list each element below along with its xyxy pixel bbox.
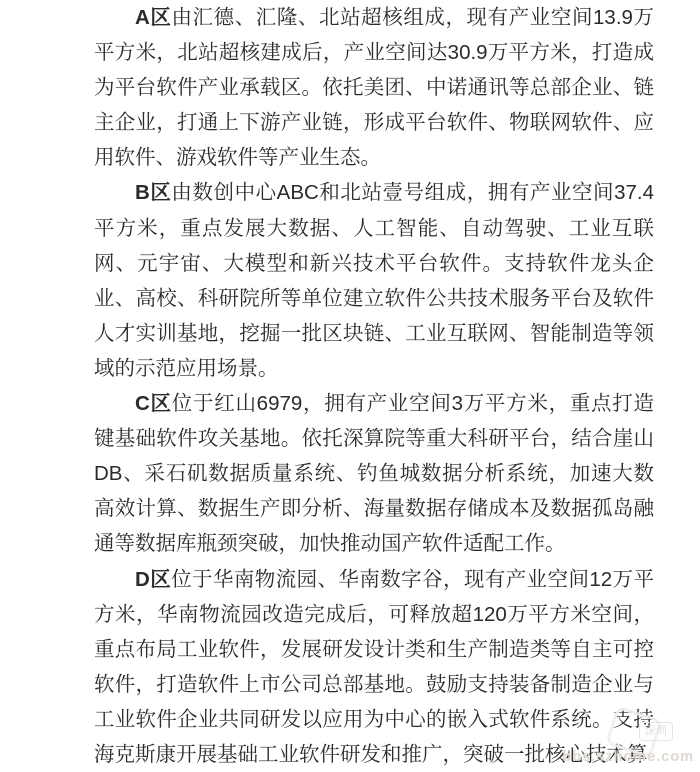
document-page: A区由汇德、汇隆、北站超核组成，现有产业空间13.9万 平方米，北站超核建成后，… (0, 0, 700, 772)
text-line: 业、高校、科研院所等单位建立软件公共技术服务平台及软件 (94, 281, 654, 316)
text-line: 为平台软件产业承载区。依托美团、中诺通讯等总部企业、链 (94, 70, 654, 105)
text-line: 工业软件企业共同研发以应用为中心的嵌入式软件系统。支持 (94, 702, 654, 737)
text-line: 软件，打造软件上市公司总部基地。鼓励支持装备制造企业与 (94, 667, 654, 702)
zone-b-label: B区 (135, 181, 171, 204)
zone-c-label: C区 (135, 392, 172, 415)
text-line: 域的示范应用场景。 (94, 351, 654, 386)
line-text: 由数创中心ABC和北站壹号组成，拥有产业空间37.4万 (94, 181, 654, 210)
text-line: 用软件、游戏软件等产业生态。 (94, 140, 654, 175)
zone-d-label: D区 (135, 568, 171, 591)
text-line: C区位于红山6979，拥有产业空间3万平方米，重点打造关 (94, 386, 654, 421)
paragraph-zone-d: D区位于华南物流园、华南数字谷，现有产业空间12万平 方米，华南物流园改造完成后… (94, 562, 654, 772)
line-text: 由汇德、汇隆、北站超核组成，现有产业空间13.9万 (171, 6, 654, 29)
text-line: 高效计算、数据生产即分析、海量数据存储成本及数据孤岛融 (94, 491, 654, 526)
text-line: 重点布局工业软件，发展研发设计类和生产制造类等自主可控 (94, 632, 654, 667)
paragraph-zone-b: B区由数创中心ABC和北站壹号组成，拥有产业空间37.4万 平方米，重点发展大数… (94, 175, 654, 386)
text-line: A区由汇德、汇隆、北站超核组成，现有产业空间13.9万 (94, 0, 654, 35)
document-text-block: A区由汇德、汇隆、北站超核组成，现有产业空间13.9万 平方米，北站超核建成后，… (94, 0, 654, 772)
text-line: D区位于华南物流园、华南数字谷，现有产业空间12万平 (94, 562, 654, 597)
text-line: 方米，华南物流园改造完成后，可释放超120万平方米空间， (94, 597, 654, 632)
line-text: 位于华南物流园、华南数字谷，现有产业空间12万平 (171, 568, 654, 591)
text-line: DB、采石矶数据质量系统、钓鱼城数据分析系统，加速大数据 (94, 456, 654, 491)
paragraph-zone-c: C区位于红山6979，拥有产业空间3万平方米，重点打造关 键基础软件攻关基地。依… (94, 386, 654, 561)
line-text: 位于红山6979，拥有产业空间3万平方米，重点打造关 (94, 392, 654, 421)
text-line: 人才实训基地，挖掘一批区块链、工业互联网、智能制造等领 (94, 316, 654, 351)
text-line: 网、元宇宙、大模型和新兴技术平台软件。支持软件龙头企 (94, 246, 654, 281)
text-line: 主企业，打通上下游产业链，形成平台软件、物联网软件、应 (94, 105, 654, 140)
text-line: 平方米，北站超核建成后，产业空间达30.9万平方米，打造成 (94, 35, 654, 70)
text-line: 平方米，重点发展大数据、人工智能、自动驾驶、工业互联 (94, 211, 654, 246)
text-line: 通等数据库瓶颈突破，加快推动国产软件适配工作。 (94, 526, 654, 561)
text-line: 键基础软件攻关基地。依托深算院等重大科研平台，结合崖山 (94, 421, 654, 456)
zone-a-label: A区 (135, 6, 171, 29)
text-line: B区由数创中心ABC和北站壹号组成，拥有产业空间37.4万 (94, 175, 654, 210)
text-line: 海克斯康开展基础工业软件研发和推广，突破一批核心技术算 (94, 737, 654, 772)
paragraph-zone-a: A区由汇德、汇隆、北站超核组成，现有产业空间13.9万 平方米，北站超核建成后，… (94, 0, 654, 175)
